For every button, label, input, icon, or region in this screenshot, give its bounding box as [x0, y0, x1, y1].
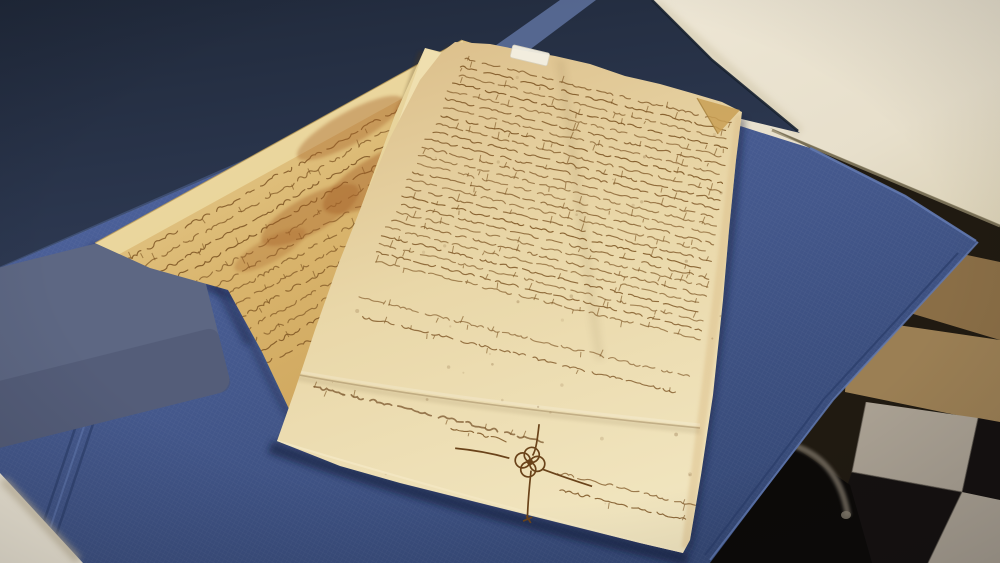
photo-archival-documents: [0, 0, 1000, 563]
scene-canvas: [0, 0, 1000, 563]
vignette-overlay: [0, 0, 1000, 563]
